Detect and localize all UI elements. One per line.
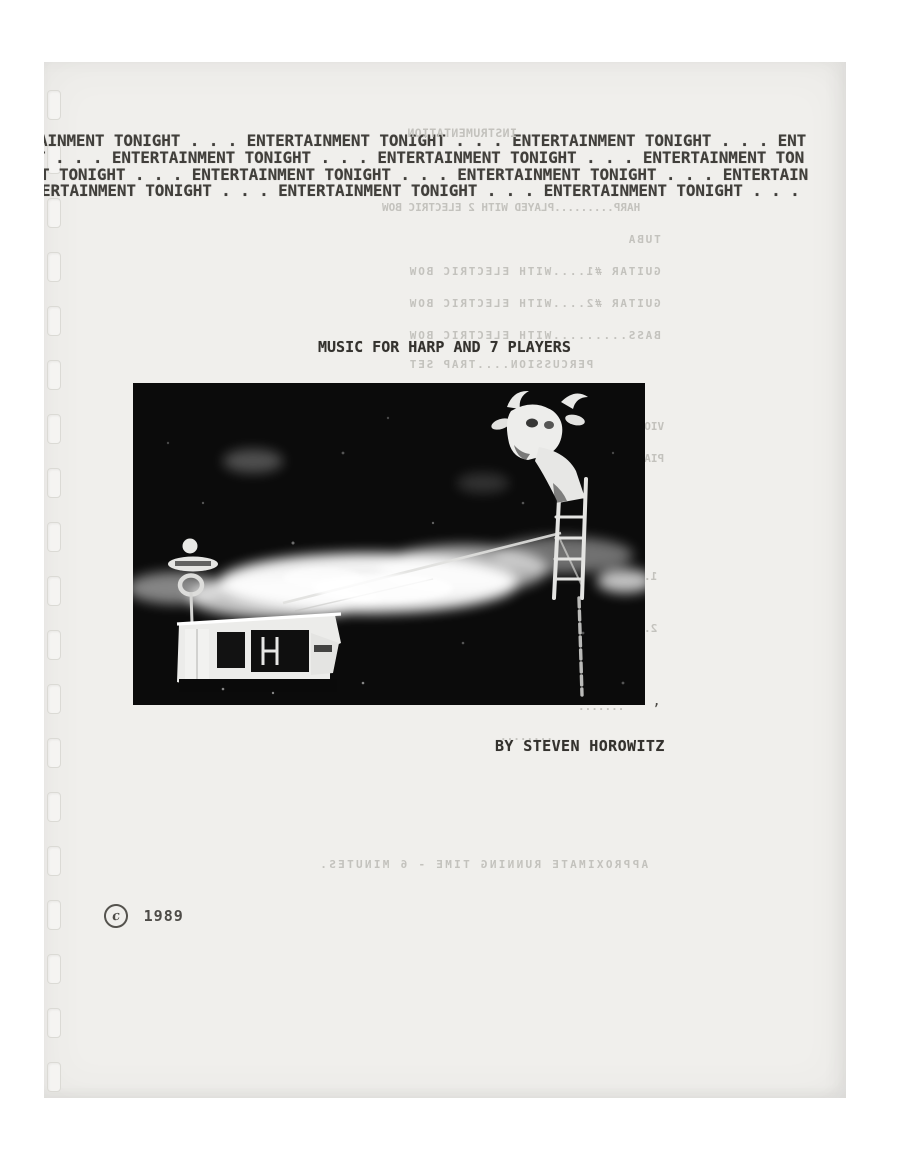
binding-hole bbox=[47, 414, 61, 444]
trailer bbox=[177, 614, 364, 694]
binding-hole bbox=[47, 252, 61, 282]
bleed-text-percussion: PERCUSSION....TRAP SET bbox=[408, 358, 593, 371]
copyright-year: 1989 bbox=[144, 907, 184, 925]
bleed-text-running-time: APPROXIMATE RUNNING TIME - 6 MINUTES. bbox=[318, 858, 648, 871]
stray-apostrophe-mark: ’ bbox=[652, 702, 660, 718]
copyright-notice: c 1989 bbox=[104, 904, 184, 934]
binding-hole bbox=[47, 846, 61, 876]
bleed-text-list-item-1: 1. bbox=[644, 570, 657, 583]
scan-canvas: AINMENT TONIGHT . . . ENTERTAINMENT TONI… bbox=[0, 0, 900, 1164]
entertainment-tonight-banner: AINMENT TONIGHT . . . ENTERTAINMENT TONI… bbox=[44, 133, 846, 200]
page-title: MUSIC FOR HARP AND 7 PLAYERS bbox=[318, 338, 571, 356]
binding-hole bbox=[47, 306, 61, 336]
binding-hole bbox=[47, 954, 61, 984]
binding-hole bbox=[47, 360, 61, 390]
binding-hole bbox=[47, 90, 61, 120]
cover-photo bbox=[133, 383, 645, 705]
scanned-page: AINMENT TONIGHT . . . ENTERTAINMENT TONI… bbox=[44, 62, 846, 1098]
bleed-text-instrumentation: INSTRUMENTATION bbox=[407, 126, 517, 140]
binding-hole bbox=[47, 630, 61, 660]
cover-photo-art bbox=[133, 383, 645, 705]
banner-line: T . . . ENTERTAINMENT TONIGHT . . . ENTE… bbox=[44, 150, 846, 167]
bleed-text-guitar-2: GUITAR #2....WITH ELECTRIC BOW bbox=[408, 297, 661, 310]
banner-line: T TONIGHT . . . ENTERTAINMENT TONIGHT . … bbox=[44, 167, 846, 184]
binding-hole bbox=[47, 468, 61, 498]
binding-hole bbox=[47, 576, 61, 606]
binding-hole bbox=[47, 684, 61, 714]
bleed-text-harp: HARP.........PLAYED WITH 2 ELECTRIC BOW bbox=[382, 201, 640, 214]
binding-hole bbox=[47, 792, 61, 822]
bleed-text-guitar-1: GUITAR #1....WITH ELECTRIC BOW bbox=[408, 265, 661, 278]
binding-hole bbox=[47, 1062, 61, 1092]
binding-hole bbox=[47, 900, 61, 930]
bleed-text-list-item-2: 2. bbox=[644, 622, 657, 635]
byline: BY STEVEN HOROWITZ bbox=[495, 737, 665, 755]
banner-line: ERTAINMENT TONIGHT . . . ENTERTAINMENT T… bbox=[44, 183, 846, 200]
binding-hole bbox=[47, 738, 61, 768]
copyright-symbol-icon: c bbox=[102, 902, 129, 929]
binding-hole bbox=[47, 1008, 61, 1038]
binding-hole bbox=[47, 198, 61, 228]
bleed-text-tuba: TUBA bbox=[627, 233, 661, 246]
binding-hole bbox=[47, 522, 61, 552]
